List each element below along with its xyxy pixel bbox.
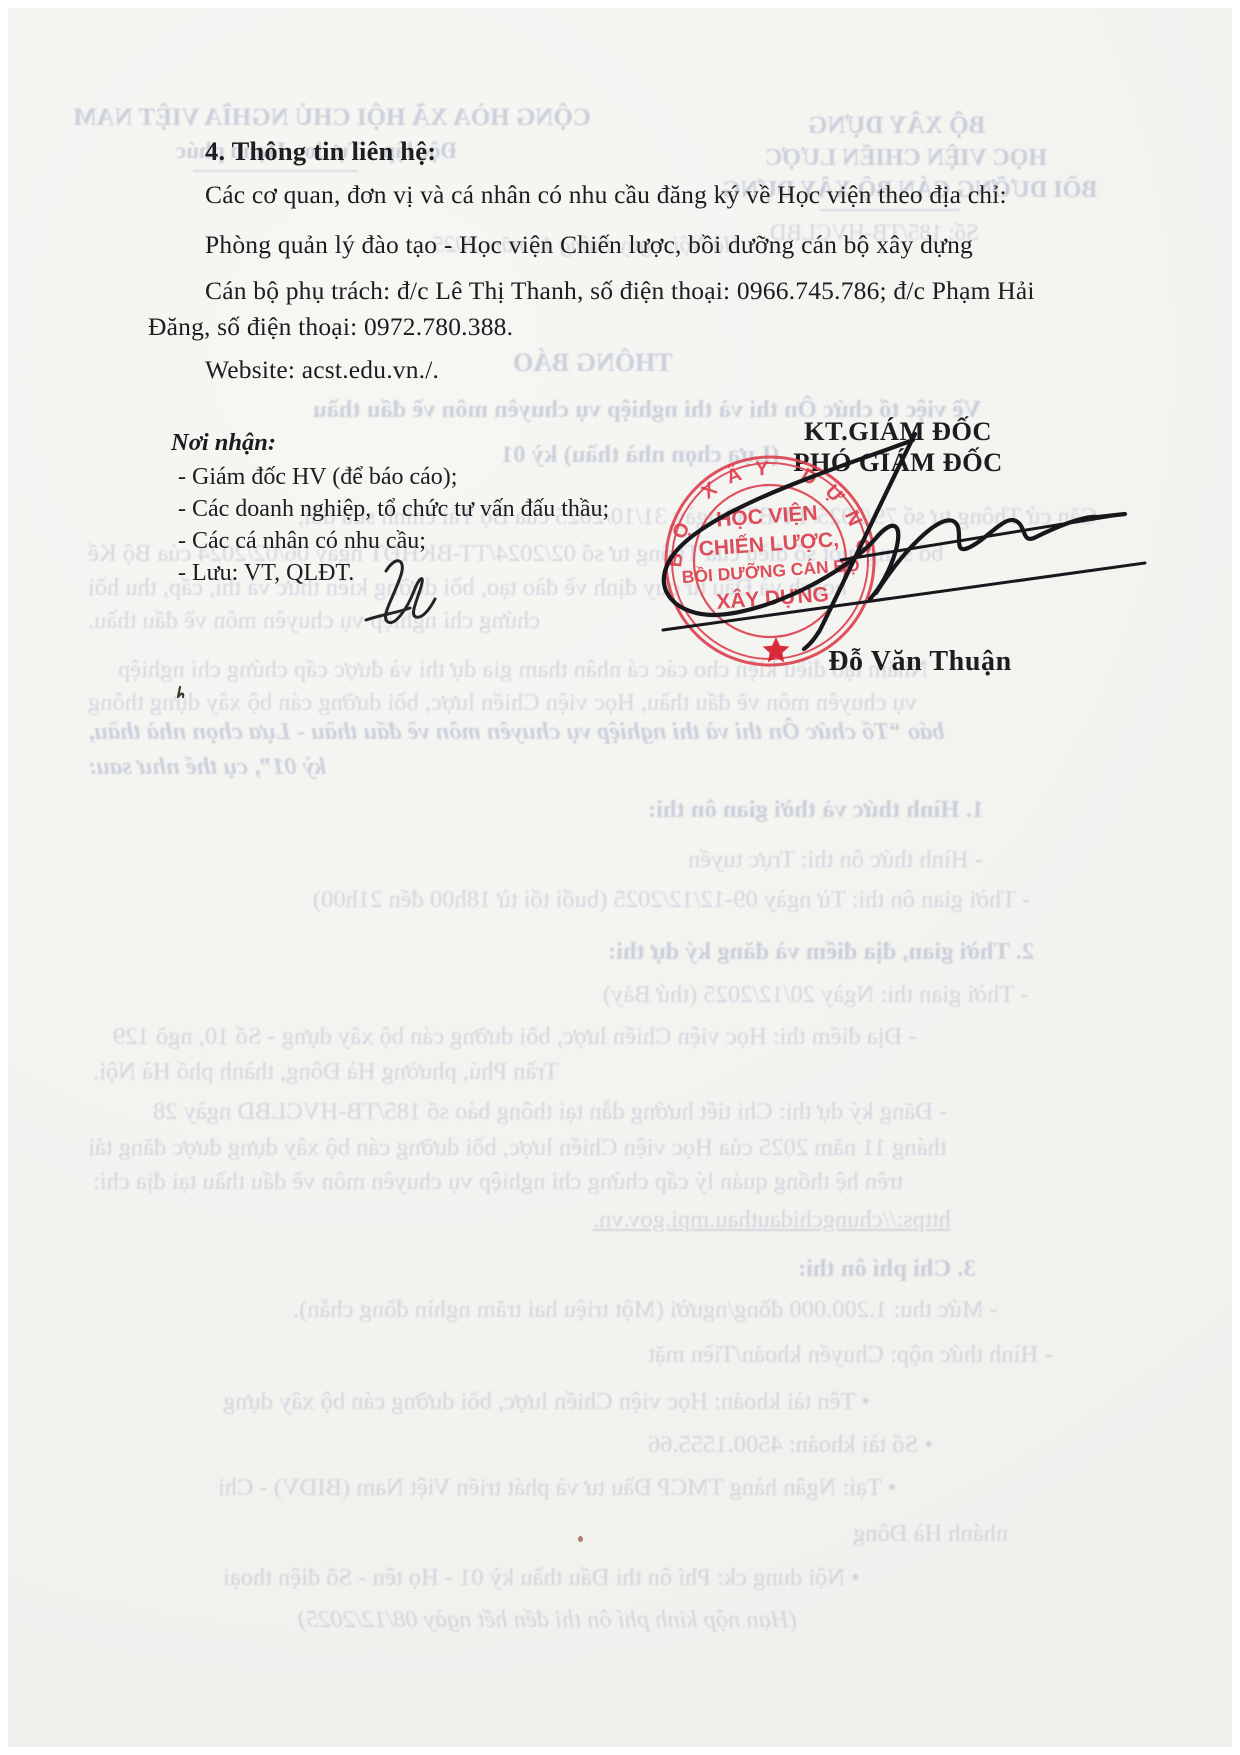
stray-ink-mark xyxy=(168,683,198,713)
section-heading: 4. Thông tin liên hệ: xyxy=(205,136,436,167)
document-front: 4. Thông tin liên hệ: Các cơ quan, đơn v… xyxy=(8,8,1232,1747)
scanned-document-page: CỘNG HÒA XÃ HỘI CHỦ NGHĨA VIỆT NAMĐộc lậ… xyxy=(8,8,1232,1747)
recipient-item: - Các doanh nghiệp, tổ chức tư vấn đấu t… xyxy=(178,493,609,525)
body-line: Cán bộ phụ trách: đ/c Lê Thị Thanh, số đ… xyxy=(205,276,1035,306)
body-line: Các cơ quan, đơn vị và cá nhân có nhu cầ… xyxy=(205,180,1007,210)
recipients-title: Nơi nhận: xyxy=(171,427,609,459)
handwritten-initials xyxy=(358,543,458,638)
body-line: Phòng quản lý đào tạo - Học viện Chiến l… xyxy=(205,230,973,260)
website-line: Website: acst.edu.vn./. xyxy=(205,355,439,385)
handwritten-signature xyxy=(608,403,1208,683)
paper-speck xyxy=(578,1536,583,1542)
body-line: Đăng, số điện thoại: 0972.780.388. xyxy=(148,312,513,342)
recipient-item: - Giám đốc HV (để báo cáo); xyxy=(178,461,609,493)
